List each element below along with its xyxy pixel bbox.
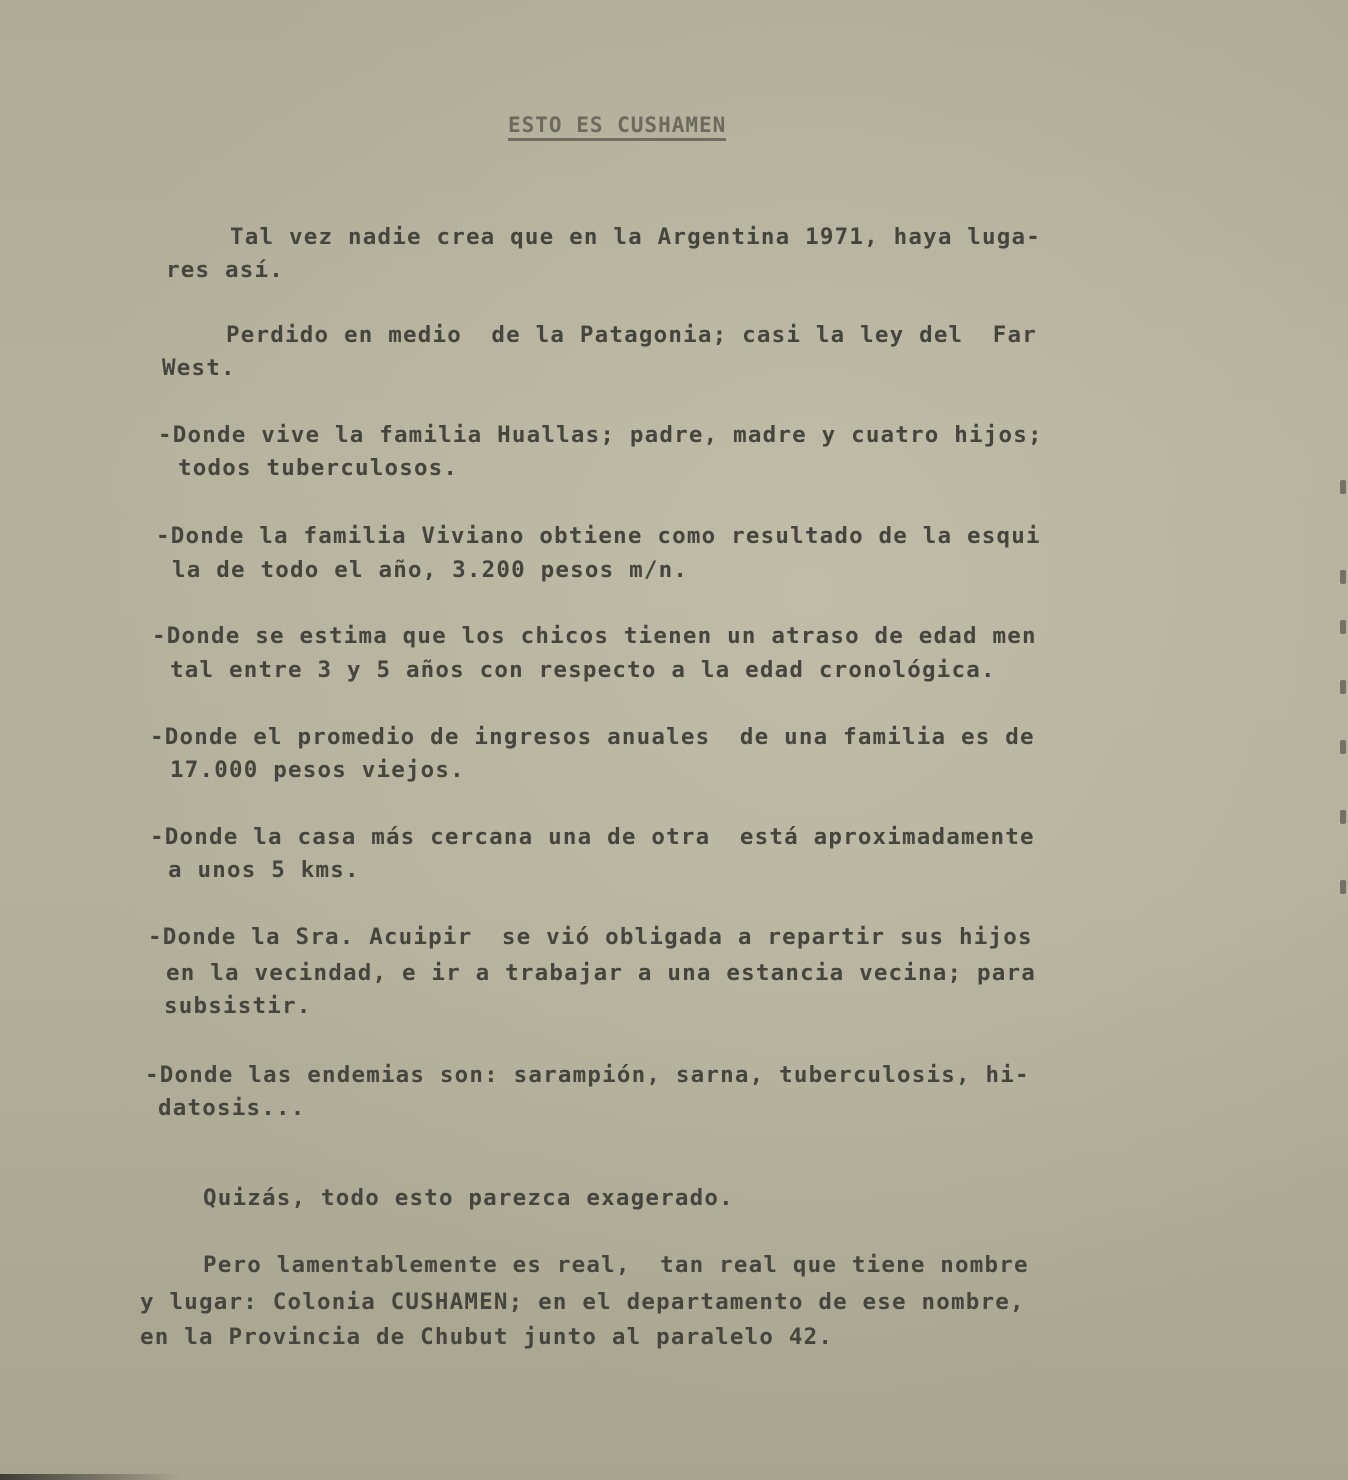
edge-mark: [1340, 740, 1346, 754]
text-line: -Donde la Sra. Acuipir se vió obligada a…: [148, 922, 1033, 952]
text-line: todos tuberculosos.: [178, 453, 458, 483]
adjacent-page-marks: [1336, 470, 1346, 950]
document-title: ESTO ES CUSHAMEN: [508, 112, 726, 141]
edge-mark: [1340, 880, 1346, 894]
text-line: 17.000 pesos viejos.: [170, 755, 465, 785]
edge-mark: [1340, 680, 1346, 694]
text-line: la de todo el año, 3.200 pesos m/n.: [172, 555, 688, 585]
text-line: Quizás, todo esto parezca exagerado.: [203, 1183, 734, 1213]
text-line: subsistir.: [164, 991, 311, 1021]
edge-mark: [1340, 810, 1346, 824]
text-line: -Donde vive la familia Huallas; padre, m…: [158, 420, 1043, 450]
text-line: datosis...: [158, 1093, 305, 1123]
text-line: a unos 5 kms.: [168, 855, 360, 885]
text-line: tal entre 3 y 5 años con respecto a la e…: [170, 655, 996, 685]
text-line: y lugar: Colonia CUSHAMEN; en el departa…: [140, 1287, 1025, 1317]
text-line: res así.: [166, 255, 284, 285]
text-line: -Donde las endemias son: sarampión, sarn…: [145, 1060, 1030, 1090]
text-line: -Donde la familia Viviano obtiene como r…: [156, 521, 1041, 551]
text-line: -Donde se estima que los chicos tienen u…: [152, 621, 1037, 651]
edge-mark: [1340, 480, 1346, 494]
edge-mark: [1340, 620, 1346, 634]
text-line: en la Provincia de Chubut junto al paral…: [140, 1322, 833, 1352]
typewritten-document: ESTO ES CUSHAMEN Tal vez nadie crea que …: [0, 0, 1348, 1480]
text-line: Perdido en medio de la Patagonia; casi l…: [226, 320, 1037, 350]
text-line: West.: [162, 353, 236, 383]
text-line: -Donde la casa más cercana una de otra e…: [150, 822, 1035, 852]
text-line: Pero lamentablemente es real, tan real q…: [203, 1250, 1029, 1280]
text-line: en la vecindad, e ir a trabajar a una es…: [166, 958, 1036, 988]
edge-mark: [1340, 570, 1346, 584]
text-line: -Donde el promedio de ingresos anuales d…: [150, 722, 1035, 752]
text-line: Tal vez nadie crea que en la Argentina 1…: [230, 222, 1041, 252]
